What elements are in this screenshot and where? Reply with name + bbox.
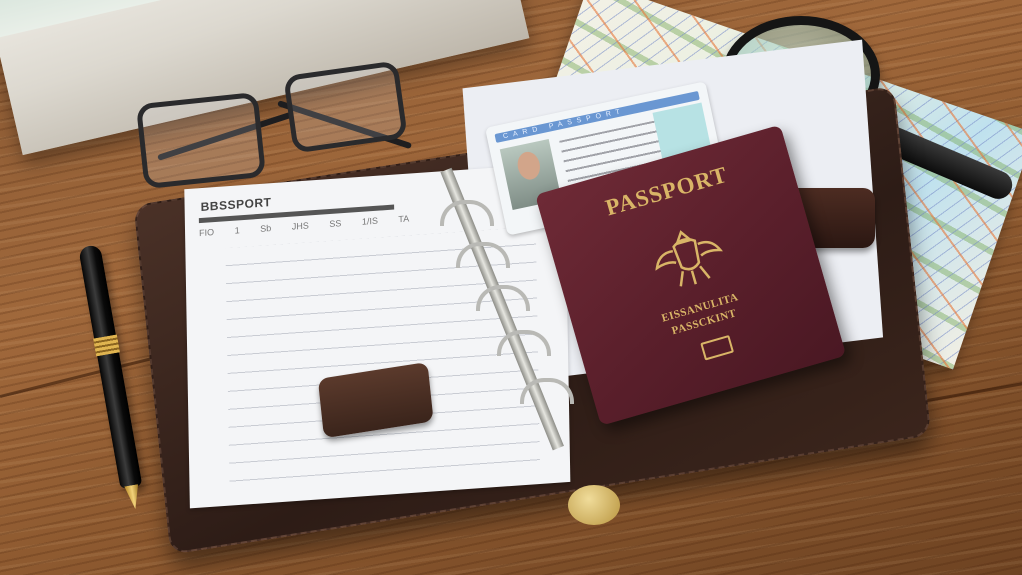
column-label: Sb xyxy=(260,223,271,234)
pen-icon xyxy=(78,244,142,489)
key-charm-icon xyxy=(568,485,620,525)
window-glass xyxy=(0,0,502,38)
desk-photo: BBSSPORT FIO 1 Sb JHS SS 1/IS TA CARD PA… xyxy=(0,0,1022,575)
column-label: SS xyxy=(329,218,341,229)
face-icon xyxy=(515,150,542,182)
eagle-crest-icon xyxy=(646,217,730,296)
column-label: TA xyxy=(398,213,409,224)
biometric-chip-icon xyxy=(700,335,734,361)
column-label: 1 xyxy=(235,225,240,235)
planner-page-header: BBSSPORT xyxy=(201,195,272,214)
column-label: 1/IS xyxy=(362,216,378,227)
pen-nib xyxy=(124,484,142,510)
column-label: FIO xyxy=(199,227,214,238)
column-label: JHS xyxy=(292,220,309,231)
pen-band xyxy=(93,335,120,357)
